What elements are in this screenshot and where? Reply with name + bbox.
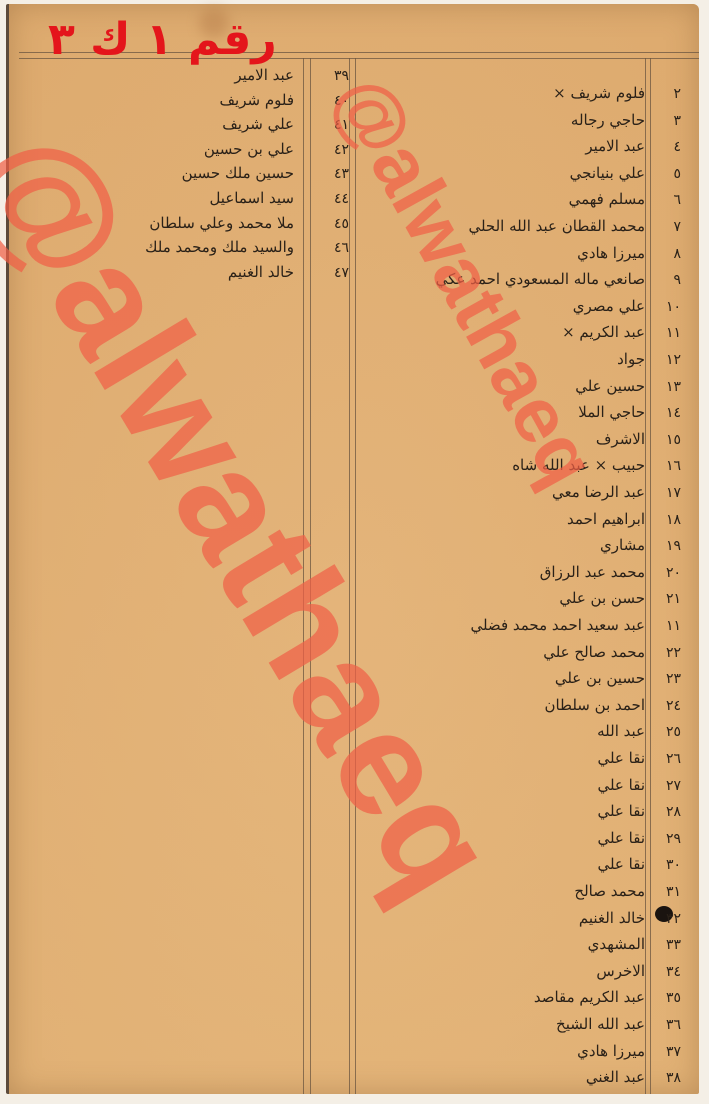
entry-number: ١٢ <box>666 352 681 368</box>
left-number-divider <box>303 58 304 1094</box>
entry-number: ٣٥ <box>666 990 681 1006</box>
entry-number: ٢٩ <box>666 831 681 847</box>
entry-number: ١٠ <box>666 299 681 315</box>
entry-number: ٣٢ <box>666 911 681 927</box>
entry-name: المشهدي <box>588 937 645 952</box>
entry-number: ٢ <box>673 86 681 102</box>
entry-name: عبد الرضا معي <box>552 485 645 500</box>
entry-number: ٣٩ <box>334 68 349 84</box>
entry-number: ٣٤ <box>666 964 681 980</box>
entry-number: ١٤ <box>666 405 681 421</box>
entry-name: صانعي ماله المسعودي احمد عكي <box>436 272 645 287</box>
entry-number: ١٧ <box>666 485 681 501</box>
entry-number: ٣٦ <box>666 1017 681 1033</box>
entry-name: عبد الكريم مقاصد <box>534 990 645 1005</box>
entry-name: ملا محمد وعلي سلطان <box>149 216 294 231</box>
entry-number: ٢٨ <box>666 804 681 820</box>
entry-number: ٣ <box>673 113 681 129</box>
entry-name: عبد الكريم × <box>562 325 645 340</box>
entry-name: عبد الامير <box>234 68 294 83</box>
entry-name: عبد الغني <box>586 1070 645 1085</box>
center-divider <box>349 58 350 1094</box>
entry-name: حسن بن علي <box>559 591 645 606</box>
entry-number: ٢١ <box>666 591 681 607</box>
entry-number: ٣٨ <box>666 1070 681 1086</box>
entry-name: محمد صالح علي <box>543 645 645 660</box>
entry-name: عبد الامير <box>585 139 645 154</box>
entry-number: ٣٧ <box>666 1044 681 1060</box>
entry-number: ٤٢ <box>334 142 349 158</box>
left-number-divider-2 <box>310 58 311 1094</box>
entry-name: الاخرس <box>596 964 645 979</box>
entry-number: ٤٥ <box>334 216 349 232</box>
entry-name: نقا علي <box>597 778 645 793</box>
entry-number: ٥ <box>673 166 681 182</box>
entry-number: ٢٦ <box>666 751 681 767</box>
entry-number: ٢٧ <box>666 778 681 794</box>
entry-name: جواد <box>617 352 645 367</box>
entry-name: فلوم شريف <box>220 93 295 108</box>
entry-name: خالد الغنيم <box>228 265 294 280</box>
entry-number: ٢٢ <box>666 645 681 661</box>
entry-name: محمد عبد الرزاق <box>540 565 645 580</box>
entry-number: ٦ <box>673 192 681 208</box>
entry-name: عبد الله <box>597 724 645 739</box>
entry-name: علي مصري <box>573 299 645 314</box>
entry-number: ١٩ <box>666 538 681 554</box>
entry-number: ٤٦ <box>334 240 349 256</box>
entry-number: ٤٤ <box>334 191 349 207</box>
entry-number: ٧ <box>673 219 681 235</box>
center-divider-2 <box>355 58 356 1094</box>
entry-name: ميرزا هادي <box>577 1044 645 1059</box>
entry-name: علي شريف <box>222 117 294 132</box>
entry-number: ١٨ <box>666 512 681 528</box>
entry-number: ٤٠ <box>334 93 349 109</box>
entry-name: حبيب × عبد الله شاه <box>512 458 645 473</box>
entry-number: ٢٥ <box>666 724 681 740</box>
entry-name: نقا علي <box>597 831 645 846</box>
right-number-divider-2 <box>650 58 651 1094</box>
entry-number: ٤٣ <box>334 166 349 182</box>
entry-number: ٤ <box>673 139 681 155</box>
entry-number: ٤٧ <box>334 265 349 281</box>
entry-name: نقا علي <box>597 751 645 766</box>
entry-name: والسيد ملك ومحمد ملك <box>145 240 294 255</box>
entry-number: ٢٣ <box>666 671 681 687</box>
entry-name: حسين ملك حسين <box>182 166 294 181</box>
entry-number: ٣١ <box>666 884 681 900</box>
entry-name: حسين بن علي <box>555 671 645 686</box>
entry-name: سيد اسماعيل <box>209 191 294 206</box>
entry-number: ٣٠ <box>666 857 681 873</box>
entry-number: ٨ <box>673 246 681 262</box>
entry-number: ٣٣ <box>666 937 681 953</box>
entry-name: نقا علي <box>597 857 645 872</box>
entry-number: ١١ <box>666 325 681 341</box>
entry-name: ابراهيم احمد <box>567 512 645 527</box>
entry-number: ١٦ <box>666 458 681 474</box>
entry-name: احمد بن سلطان <box>544 698 645 713</box>
entry-name: مسلم فهمي <box>569 192 645 207</box>
entry-name: عبد سعيد احمد محمد فضلي <box>470 618 645 633</box>
entry-number: ١٣ <box>666 379 681 395</box>
entry-number: ١٥ <box>666 432 681 448</box>
entry-name: حاجي رجاله <box>571 113 645 128</box>
right-number-divider <box>645 58 646 1094</box>
document-title: رقم ١ ك ٣ <box>48 18 277 62</box>
entry-number: ٢٤ <box>666 698 681 714</box>
entry-number: ٤١ <box>334 117 349 133</box>
entry-name: حاجي الملا <box>578 405 645 420</box>
entry-name: ميرزا هادي <box>577 246 645 261</box>
entry-name: محمد القطان عبد الله الحلي <box>468 219 645 234</box>
entry-name: علي بنيانجي <box>570 166 645 181</box>
entry-name: نقا علي <box>597 804 645 819</box>
entry-name: الاشرف <box>596 432 645 447</box>
entry-number: ٢٠ <box>666 565 681 581</box>
entry-name: عبد الله الشيخ <box>556 1017 645 1032</box>
entry-name: محمد صالح <box>574 884 645 899</box>
entry-name: حسين علي <box>575 379 645 394</box>
entry-number: ١١ <box>666 618 681 634</box>
entry-name: علي بن حسين <box>204 142 294 157</box>
entry-name: مشاري <box>600 538 645 553</box>
entry-number: ٩ <box>673 272 681 288</box>
entry-name: خالد الغنيم <box>579 911 645 926</box>
entry-name: فلوم شريف × <box>553 86 645 101</box>
